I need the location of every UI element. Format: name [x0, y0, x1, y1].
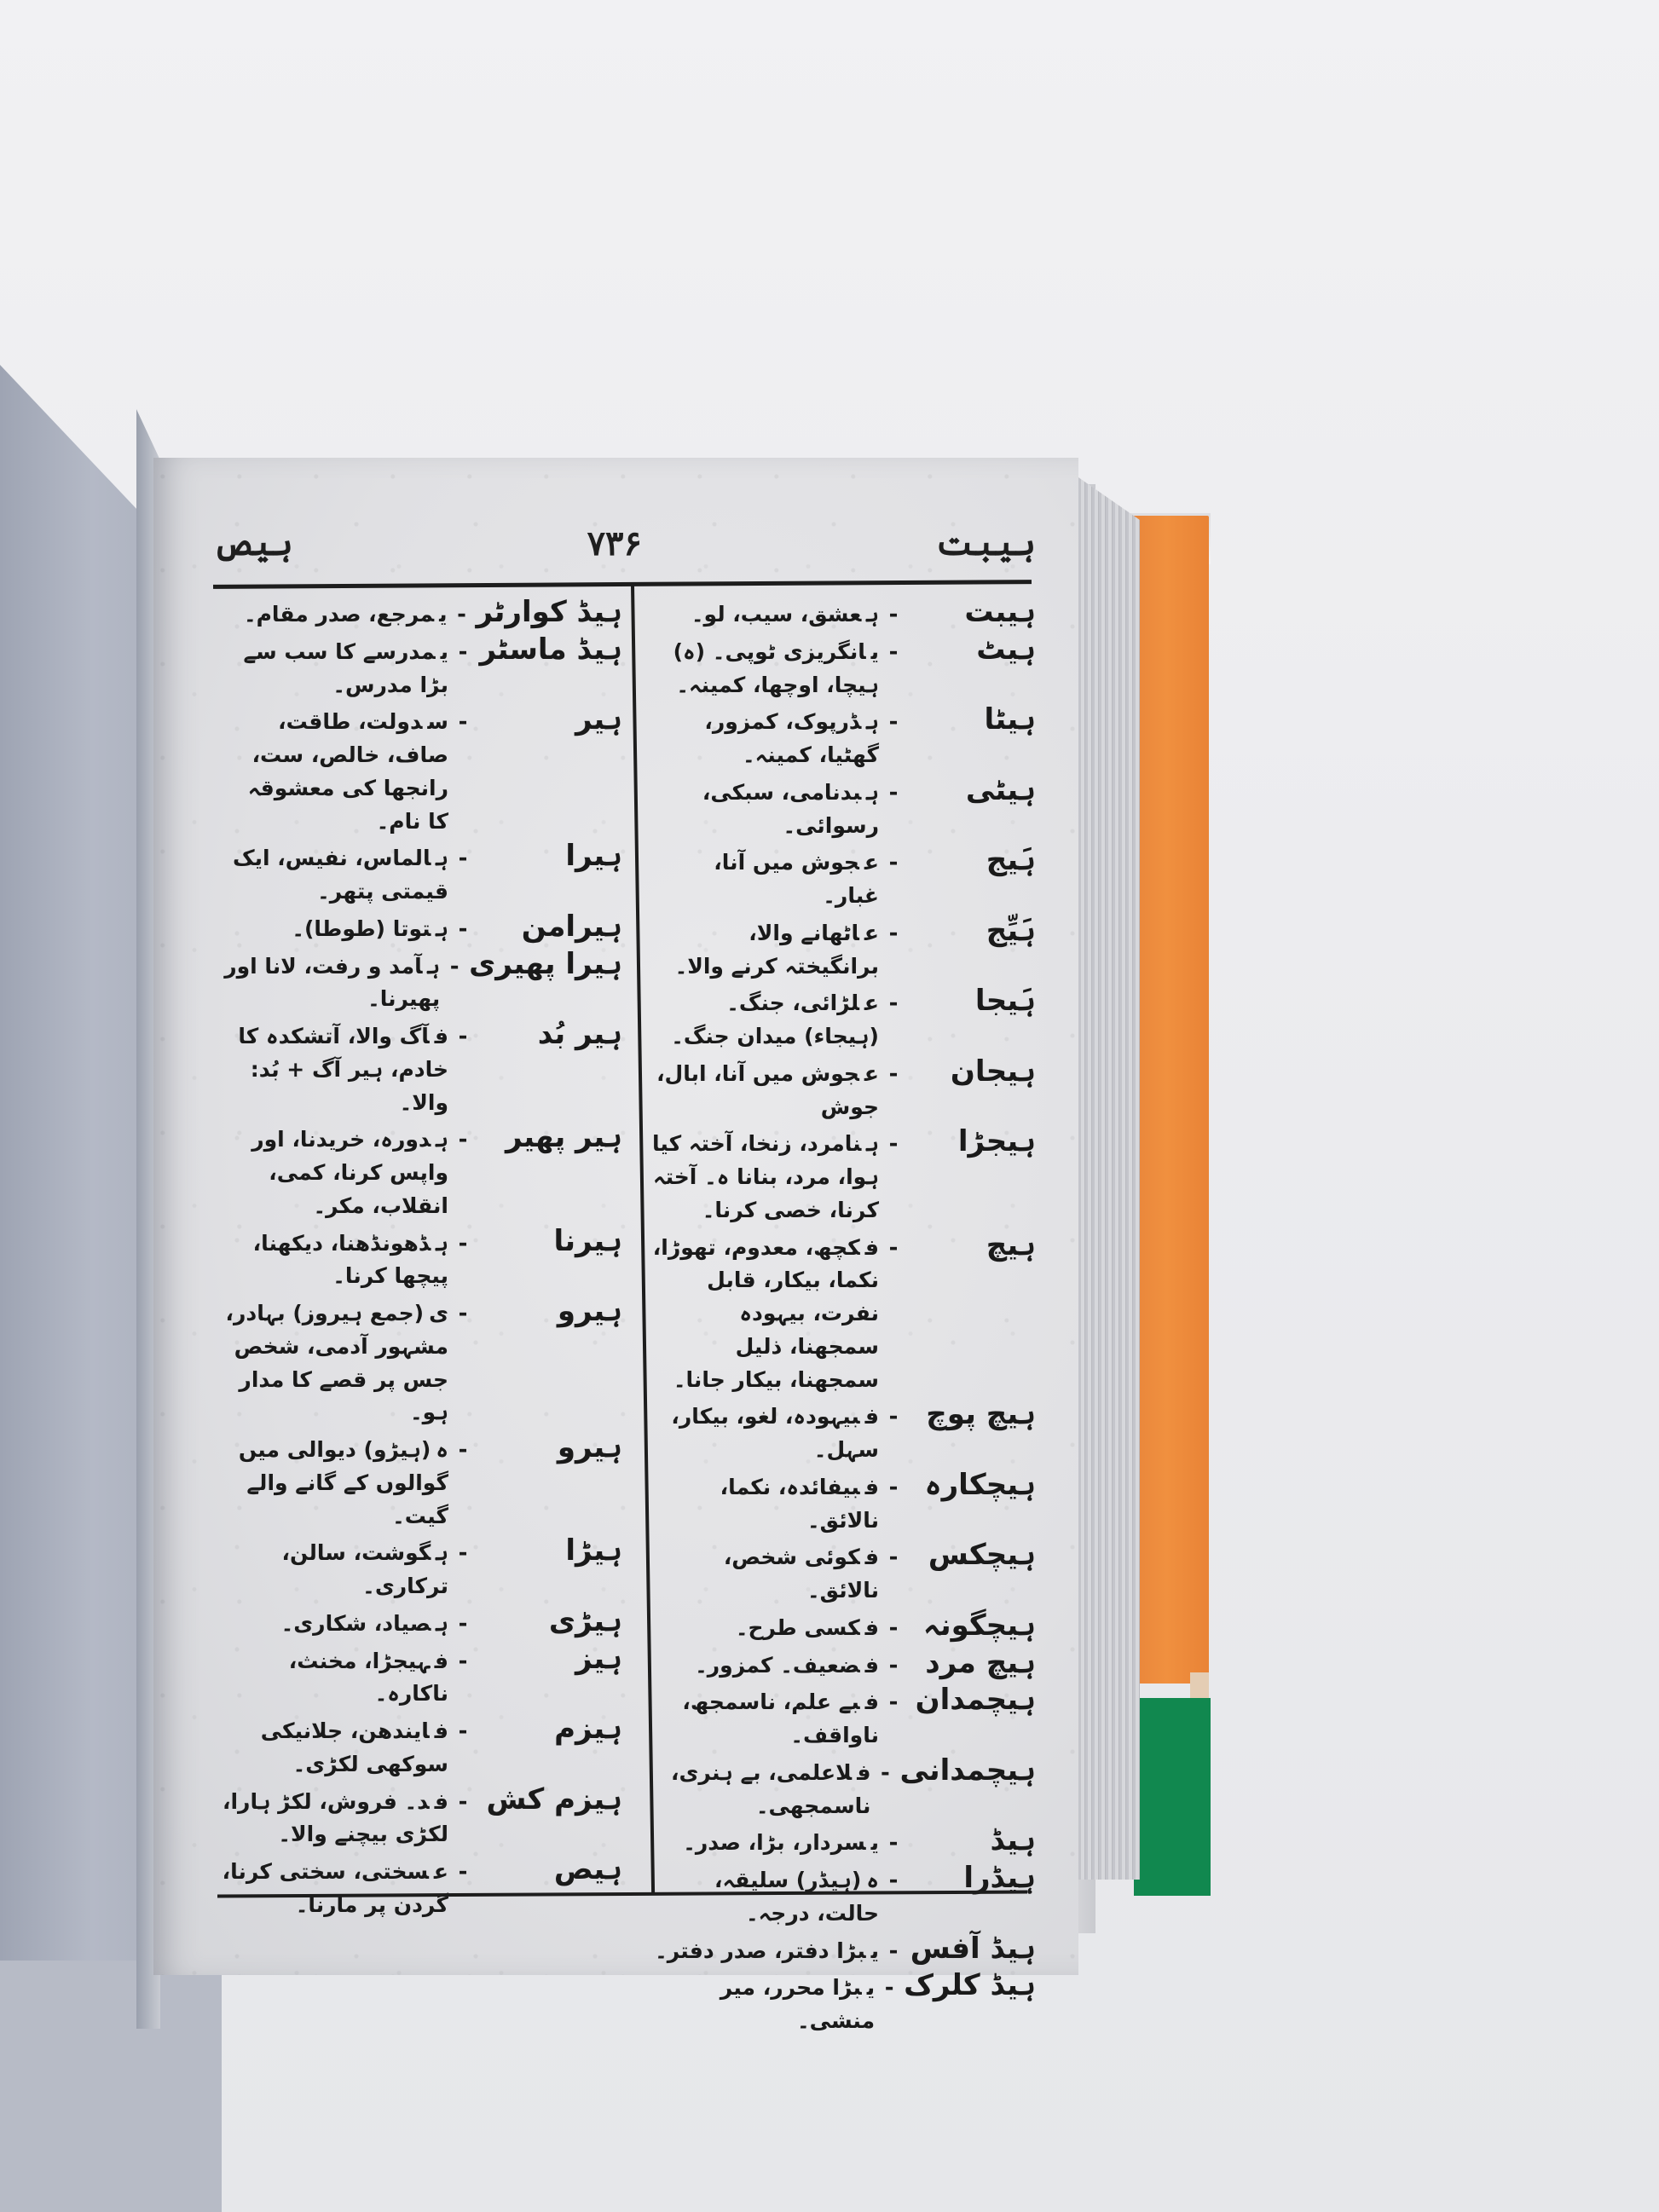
- definition-text: بڑا دفتر، صدر دفتر۔: [655, 1938, 866, 1963]
- entry: ہیڈ آفس-یبڑا دفتر، صدر دفتر۔: [652, 1931, 1036, 1968]
- definition-text: (جمع ہیروز) بہادر، مشہور آدمی، شخص جس پر…: [225, 1301, 448, 1424]
- part-of-origin: ہ: [866, 602, 879, 627]
- definition: فکوئی شخص، نالائق۔: [652, 1541, 879, 1608]
- headword: ہیچ: [908, 1227, 1036, 1262]
- headword: ہیچ پوچ: [908, 1396, 1036, 1431]
- headword: ہیچ مرد: [908, 1645, 1036, 1680]
- page-number: ۷۳۶: [587, 523, 642, 563]
- definition-text: آمد و رفت، لانا اور پھیرنا۔: [224, 954, 440, 1012]
- separator: -: [879, 921, 908, 946]
- definition-text: بدنامی، سبکی، رسوائی۔: [702, 780, 879, 838]
- separator: -: [448, 1540, 477, 1566]
- part-of-origin: ی: [429, 1301, 448, 1325]
- definition-text: ضعیف۔ کمزور۔: [695, 1653, 860, 1678]
- headword: ہیرو: [477, 1293, 622, 1328]
- part-of-origin: ع: [434, 1859, 448, 1884]
- entry: ہیر پھیر-ہدورہ، خریدنا، اور واپس کرنا، ک…: [222, 1119, 622, 1222]
- definition: ہ(ہیڑو) دیوالی میں گوالوں کے گانے والے گ…: [222, 1434, 448, 1533]
- definition-text: جوش میں آنا، ابال، جوش: [656, 1061, 879, 1119]
- left-book-cover-bottom: [0, 1961, 222, 2212]
- definition: ہ(ہیڈر) سلیقہ، حالت، درجہ۔: [652, 1864, 879, 1931]
- separator: -: [448, 639, 477, 665]
- separator: -: [879, 1545, 908, 1570]
- definition-text: (ہیڈر) سلیقہ، حالت، درجہ۔: [714, 1868, 879, 1926]
- definition: یبڑا دفتر، صدر دفتر۔: [652, 1935, 879, 1968]
- book-cover-white-band: [1190, 1672, 1209, 1698]
- separator: -: [448, 1231, 477, 1256]
- definition: فکسی طرح۔: [652, 1612, 879, 1645]
- definition-text: سختی، سختی کرنا، گردن پر مارنا۔: [223, 1859, 448, 1917]
- entry: ہیچمدان-فبے علم، ناسمجھ، ناواقف۔: [652, 1682, 1036, 1753]
- separator: -: [440, 954, 469, 979]
- headword: ہیڈ: [908, 1822, 1036, 1857]
- guide-word-left: ہیص: [213, 523, 293, 563]
- separator: -: [448, 846, 477, 871]
- headword: ہیبت: [908, 594, 1036, 629]
- definition-text: سردار، بڑا، صدر۔: [683, 1830, 865, 1855]
- entry: ہیرو-ہ(ہیڑو) دیوالی میں گوالوں کے گانے و…: [222, 1429, 622, 1533]
- headword: ہیر بُد: [477, 1016, 622, 1051]
- headword: ہیڈ آفس: [908, 1931, 1036, 1966]
- headword: ہیرو: [477, 1429, 622, 1464]
- separator: -: [448, 709, 477, 735]
- left-book-cover: [0, 365, 153, 2212]
- separator: -: [879, 1938, 908, 1964]
- entry: ہیچگونہ-فکسی طرح۔: [652, 1608, 1036, 1645]
- separator: -: [879, 850, 908, 875]
- dictionary-page: ہیبت ۷۳۶ ہیص ہیبت-ہعشق، سیب، لو۔ ہیٹ-یان…: [153, 458, 1078, 1975]
- separator: -: [879, 1131, 908, 1157]
- entry: ہیچکارہ-فبیفائدہ، نکما، نالائق۔: [652, 1467, 1036, 1538]
- separator: -: [448, 1611, 477, 1637]
- definition-text: توتا (طوطا)۔: [292, 916, 431, 941]
- separator: -: [879, 639, 908, 665]
- definition: فآگ والا، آتشکدہ کا خادم، ہیر آگ + بُد: …: [222, 1020, 448, 1119]
- separator: -: [879, 1653, 908, 1678]
- entry: ہیچکس-فکوئی شخص، نالائق۔: [652, 1537, 1036, 1608]
- definition: ہعشق، سیب، لو۔: [652, 598, 879, 632]
- separator: -: [879, 709, 908, 735]
- headword: ہیچکارہ: [908, 1467, 1036, 1502]
- definition: ہنامرد، زنخا، آختہ کیا ہوا، مرد، بنانا ہ…: [652, 1128, 879, 1227]
- headword: ہیڈ کوارٹر: [476, 594, 622, 629]
- entry: ہیٹ-یانگریزی ٹوپی۔ (ہ) ہیچا، اوچھا، کمین…: [652, 632, 1036, 702]
- definition: سدولت، طاقت، صاف، خالص، ست، رانجھا کی مع…: [222, 706, 448, 838]
- headword: ہیجان: [908, 1054, 1036, 1089]
- separator: -: [448, 1859, 477, 1885]
- entry: ہیرا پھیری-ہآمد و رفت، لانا اور پھیرنا۔: [222, 946, 622, 1017]
- part-of-origin: ع: [864, 850, 879, 875]
- part-of-origin: ہ: [427, 954, 440, 979]
- separator: -: [879, 1868, 908, 1893]
- entry: ہیڈ-یسردار، بڑا، صدر۔: [652, 1822, 1036, 1860]
- book-cover-green-band: [1134, 1698, 1211, 1896]
- headword: ہیڑی: [477, 1603, 622, 1638]
- headword: ہیرنا: [477, 1223, 622, 1258]
- headword: ہیزم کش: [477, 1782, 622, 1816]
- entry: ہیر-سدولت، طاقت، صاف، خالص، ست، رانجھا ک…: [222, 702, 622, 838]
- definition: یمدرسے کا سب سے بڑا مدرس۔: [222, 636, 448, 702]
- part-of-origin: ہ: [866, 1868, 879, 1892]
- definition-text: ہیجڑا، مخنث، ناکارہ۔: [289, 1649, 448, 1707]
- separator: -: [879, 1689, 908, 1715]
- headword: ہیرامن: [477, 909, 622, 944]
- definition: فلاعلمی، بے ہنری، ناسمجھی۔: [652, 1757, 870, 1823]
- part-of-origin: ف: [865, 1475, 879, 1499]
- page-stack-edges: [1078, 477, 1140, 1880]
- entry: ہیڈ کلرک-یبڑا محرر، میر منشی۔: [652, 1967, 1036, 2038]
- entry: ہَیجا-علڑائی، جنگ۔ (ہیجاء) میدان جنگ۔: [652, 983, 1036, 1054]
- part-of-origin: ہ: [436, 1437, 448, 1462]
- headword: ہیص: [477, 1851, 622, 1886]
- entry: ہیڈ ماسٹر-یمدرسے کا سب سے بڑا مدرس۔: [222, 632, 622, 702]
- definition-text: ڈھونڈھنا، دیکھنا، پیچھا کرنا۔: [253, 1231, 448, 1289]
- definition: فد۔ فروش، لکڑ ہارا، لکڑی بیچنے والا۔: [222, 1786, 448, 1852]
- definition-text: بے علم، ناسمجھ، ناواقف۔: [682, 1689, 879, 1747]
- separator: -: [448, 1789, 477, 1815]
- entry: ہیر بُد-فآگ والا، آتشکدہ کا خادم، ہیر آگ…: [222, 1016, 622, 1119]
- definition-text: جوش میں آنا، غبار۔: [714, 850, 879, 908]
- definition: ہدورہ، خریدنا، اور واپس کرنا، کمی، انقلا…: [222, 1123, 448, 1222]
- headword: ہیڈ کلرک: [904, 1967, 1036, 2002]
- part-of-origin: ف: [435, 1024, 448, 1048]
- headword: ہیرا: [477, 838, 622, 873]
- headword: ہیر پھیر: [477, 1119, 622, 1154]
- definition-text: ایندھن، جلانیکی سوکھی لکڑی۔: [261, 1718, 448, 1776]
- guide-word-right: ہیبت: [936, 523, 1036, 563]
- definition: فایندھن، جلانیکی سوکھی لکڑی۔: [222, 1715, 448, 1782]
- entry: ہیڑی-ہصیاد، شکاری۔: [222, 1603, 622, 1641]
- definition-text: د۔ فروش، لکڑ ہارا، لکڑی بیچنے والا۔: [223, 1789, 448, 1847]
- part-of-origin: ی: [871, 1830, 879, 1855]
- headword: ہیٹا: [908, 702, 1036, 736]
- part-of-origin: ی: [871, 1938, 879, 1963]
- part-of-origin: ع: [864, 990, 879, 1015]
- part-of-origin: ی: [871, 639, 879, 664]
- definition: عجوش میں آنا، ابال، جوش: [652, 1058, 879, 1124]
- part-of-origin: ہ: [866, 1131, 879, 1156]
- definition: عاٹھانے والا، برانگیختہ کرنے والا۔: [652, 917, 879, 984]
- definition: یبڑا محرر، میر منشی۔: [652, 1972, 875, 2038]
- definition-text: عشق، سیب، لو۔: [691, 602, 861, 627]
- definition: فہیجڑا، مخنث، ناکارہ۔: [222, 1645, 448, 1712]
- definition-text: بیفائدہ، نکما، نالائق۔: [720, 1475, 879, 1533]
- entry: ہیچمدانی-فلاعلمی، بے ہنری، ناسمجھی۔: [652, 1753, 1036, 1823]
- separator: -: [870, 1760, 899, 1786]
- definition: یانگریزی ٹوپی۔ (ہ) ہیچا، اوچھا، کمینہ۔: [652, 636, 879, 702]
- right-column: ہیبت-ہعشق، سیب، لو۔ ہیٹ-یانگریزی ٹوپی۔ (…: [652, 594, 1036, 2038]
- definition: یسردار، بڑا، صدر۔: [652, 1827, 879, 1860]
- part-of-origin: ف: [865, 1235, 879, 1260]
- separator: -: [448, 1437, 477, 1463]
- entry: ہیرامن-ہتوتا (طوطا)۔: [222, 909, 622, 946]
- definition: ہآمد و رفت، لانا اور پھیرنا۔: [222, 950, 440, 1017]
- entry: ہیبت-ہعشق، سیب، لو۔: [652, 594, 1036, 632]
- entry: ہیڈ کوارٹر-یمرجع، صدر مقام۔: [222, 594, 622, 632]
- definition: عجوش میں آنا، غبار۔: [652, 846, 879, 913]
- definition-text: کچھ، معدوم، تھوڑا، نکما، بیکار، قابل نفر…: [653, 1235, 879, 1392]
- definition: فکچھ، معدوم، تھوڑا، نکما، بیکار، قابل نف…: [652, 1232, 879, 1397]
- entry: ہیچ مرد-فضعیف۔ کمزور۔: [652, 1645, 1036, 1683]
- entry: ہیرا-ہالماس، نفیس، ایک قیمتی پتھر۔: [222, 838, 622, 909]
- separator: -: [879, 1061, 908, 1087]
- definition: ہڈرپوک، کمزور، گھٹیا، کمینہ۔: [652, 706, 879, 772]
- part-of-origin: س: [427, 709, 448, 734]
- definition: ہبدنامی، سبکی، رسوائی۔: [652, 777, 879, 843]
- part-of-origin: ہ: [436, 916, 448, 941]
- entry: ہیرنا-ہڈھونڈھنا، دیکھنا، پیچھا کرنا۔: [222, 1223, 622, 1294]
- separator: -: [879, 1235, 908, 1261]
- definition-text: ڈرپوک، کمزور، گھٹیا، کمینہ۔: [704, 709, 879, 767]
- entry: ہیچ-فکچھ، معدوم، تھوڑا، نکما، بیکار، قاب…: [652, 1227, 1036, 1397]
- separator: -: [448, 916, 477, 942]
- separator: -: [448, 1718, 477, 1744]
- headword: ہَیج: [908, 842, 1036, 877]
- part-of-origin: ہ: [866, 709, 879, 734]
- part-of-origin: ی: [439, 602, 447, 627]
- separator: -: [879, 1830, 908, 1856]
- separator: -: [879, 602, 908, 627]
- definition-text: (ہیڑو) دیوالی میں گوالوں کے گانے والے گی…: [239, 1437, 448, 1528]
- separator: -: [875, 1975, 904, 2001]
- definition: ہڈھونڈھنا، دیکھنا، پیچھا کرنا۔: [222, 1227, 448, 1294]
- definition-text: صیاد، شکاری۔: [281, 1611, 431, 1636]
- part-of-origin: ف: [857, 1760, 870, 1785]
- definition-text: بڑا محرر، میر منشی۔: [720, 1975, 875, 2033]
- definition-text: لڑائی، جنگ۔ (ہیجاء) میدان جنگ۔: [671, 990, 879, 1048]
- definition-text: دولت، طاقت، صاف، خالص، ست، رانجھا کی معش…: [248, 709, 448, 833]
- separator: -: [879, 1404, 908, 1429]
- part-of-origin: ف: [865, 1545, 879, 1569]
- headword: ہیجڑا: [908, 1123, 1036, 1158]
- entry: ہَیِّج-عاٹھانے والا، برانگیختہ کرنے والا…: [652, 913, 1036, 984]
- entry: ہیڑا-ہگوشت، سالن، ترکاری۔: [222, 1533, 622, 1603]
- definition: علڑائی، جنگ۔ (ہیجاء) میدان جنگ۔: [652, 987, 879, 1054]
- headword: ہیچگونہ: [908, 1608, 1036, 1643]
- entry: ہَیج-عجوش میں آنا، غبار۔: [652, 842, 1036, 913]
- definition-text: بیہودہ، لغو، بیکار، سہل۔: [671, 1404, 879, 1462]
- separator: -: [879, 1615, 908, 1641]
- part-of-origin: ف: [435, 1718, 448, 1743]
- definition-text: کسی طرح۔: [736, 1615, 860, 1640]
- definition-text: انگریزی ٹوپی۔ (ہ) ہیچا، اوچھا، کمینہ۔: [673, 639, 879, 697]
- definition-text: آگ والا، آتشکدہ کا خادم، ہیر آگ + بُد: و…: [238, 1024, 448, 1115]
- definition: ی(جمع ہیروز) بہادر، مشہور آدمی، شخص جس پ…: [222, 1297, 448, 1429]
- separator: -: [448, 1127, 477, 1152]
- entry: ہیچ پوچ-فبیہودہ، لغو، بیکار، سہل۔: [652, 1396, 1036, 1467]
- headword: ہیٹ: [908, 632, 1036, 667]
- part-of-origin: ہ: [436, 1540, 448, 1565]
- entry: ہیٹا-ہڈرپوک، کمزور، گھٹیا، کمینہ۔: [652, 702, 1036, 772]
- part-of-origin: ی: [441, 639, 448, 664]
- entry: ہیزم-فایندھن، جلانیکی سوکھی لکڑی۔: [222, 1711, 622, 1782]
- part-of-origin: ہ: [436, 1231, 448, 1256]
- definition: ہتوتا (طوطا)۔: [222, 913, 448, 946]
- part-of-origin: ہ: [436, 1611, 448, 1636]
- definition: ہصیاد، شکاری۔: [222, 1608, 448, 1641]
- entry: ہیز-فہیجڑا، مخنث، ناکارہ۔: [222, 1641, 622, 1712]
- headword: ہَیِّج: [908, 913, 1036, 948]
- headword: ہیز: [477, 1641, 622, 1676]
- definition-text: الماس، نفیس، ایک قیمتی پتھر۔: [233, 846, 448, 904]
- headword: ہیٹی: [908, 772, 1036, 807]
- part-of-origin: ف: [865, 1615, 879, 1640]
- definition-text: مرجع، صدر مقام۔: [244, 602, 434, 627]
- headword: ہیر: [477, 702, 622, 736]
- definition-text: کوئی شخص، نالائق۔: [724, 1545, 879, 1603]
- definition: عسختی، سختی کرنا، گردن پر مارنا۔: [222, 1856, 448, 1922]
- separator: -: [448, 1649, 477, 1674]
- definition: ہالماس، نفیس، ایک قیمتی پتھر۔: [222, 842, 448, 909]
- headword: ہیرا پھیری: [469, 946, 622, 981]
- headword: ہیڈ ماسٹر: [477, 632, 622, 667]
- entry: ہیزم کش-فد۔ فروش، لکڑ ہارا، لکڑی بیچنے و…: [222, 1782, 622, 1852]
- definition-text: لاعلمی، بے ہنری، ناسمجھی۔: [671, 1760, 870, 1818]
- headword: ہیچمدانی: [899, 1753, 1036, 1788]
- entry: ہیص-عسختی، سختی کرنا، گردن پر مارنا۔: [222, 1851, 622, 1922]
- definition: فضعیف۔ کمزور۔: [652, 1649, 879, 1683]
- separator: -: [879, 780, 908, 806]
- part-of-origin: ہ: [866, 780, 879, 805]
- separator: -: [447, 602, 476, 627]
- definition-text: مدرسے کا سب سے بڑا مدرس۔: [243, 639, 448, 697]
- column-divider: [631, 586, 655, 1894]
- definition: فبے علم، ناسمجھ، ناواقف۔: [652, 1686, 879, 1753]
- entry: ہیجڑا-ہنامرد، زنخا، آختہ کیا ہوا، مرد، ب…: [652, 1123, 1036, 1227]
- definition: فبیفائدہ، نکما، نالائق۔: [652, 1471, 879, 1538]
- separator: -: [448, 1024, 477, 1049]
- entry: ہیرو-ی(جمع ہیروز) بہادر، مشہور آدمی، شخص…: [222, 1293, 622, 1429]
- definition: ہگوشت، سالن، ترکاری۔: [222, 1537, 448, 1603]
- separator: -: [879, 1475, 908, 1500]
- headword: ہیچکس: [908, 1537, 1036, 1572]
- part-of-origin: ف: [435, 1789, 448, 1814]
- page-header: ہیبت ۷۳۶ ہیص: [213, 513, 1036, 573]
- part-of-origin: ع: [864, 1061, 879, 1086]
- headword: ہَیجا: [908, 983, 1036, 1018]
- definition: فبیہودہ، لغو، بیکار، سہل۔: [652, 1401, 879, 1467]
- part-of-origin: ہ: [436, 1127, 448, 1152]
- headword: ہیڑا: [477, 1533, 622, 1568]
- part-of-origin: ف: [865, 1653, 879, 1678]
- entry: ہیٹی-ہبدنامی، سبکی، رسوائی۔: [652, 772, 1036, 843]
- left-column: ہیڈ کوارٹر-یمرجع، صدر مقام۔ ہیڈ ماسٹر-یم…: [222, 594, 622, 1922]
- definition-text: اٹھانے والا، برانگیختہ کرنے والا۔: [675, 921, 879, 979]
- definition-text: نامرد، زنخا، آختہ کیا ہوا، مرد، بنانا ہ۔…: [652, 1131, 879, 1222]
- part-of-origin: ف: [865, 1404, 879, 1429]
- part-of-origin: ع: [864, 921, 879, 945]
- entry: ہیجان-عجوش میں آنا، ابال، جوش: [652, 1054, 1036, 1124]
- part-of-origin: ی: [867, 1975, 875, 2000]
- headword: ہیزم: [477, 1711, 622, 1746]
- definition: یمرجع، صدر مقام۔: [222, 598, 447, 632]
- part-of-origin: ہ: [436, 846, 448, 870]
- separator: -: [879, 990, 908, 1016]
- definition-text: گوشت، سالن، ترکاری۔: [282, 1540, 448, 1598]
- part-of-origin: ف: [865, 1689, 879, 1714]
- separator: -: [448, 1301, 477, 1326]
- headword: ہیچمدان: [908, 1682, 1036, 1717]
- part-of-origin: ف: [435, 1649, 448, 1673]
- header-rule: [213, 580, 1032, 589]
- definition-text: دورہ، خریدنا، اور واپس کرنا، کمی، انقلاب…: [251, 1127, 448, 1218]
